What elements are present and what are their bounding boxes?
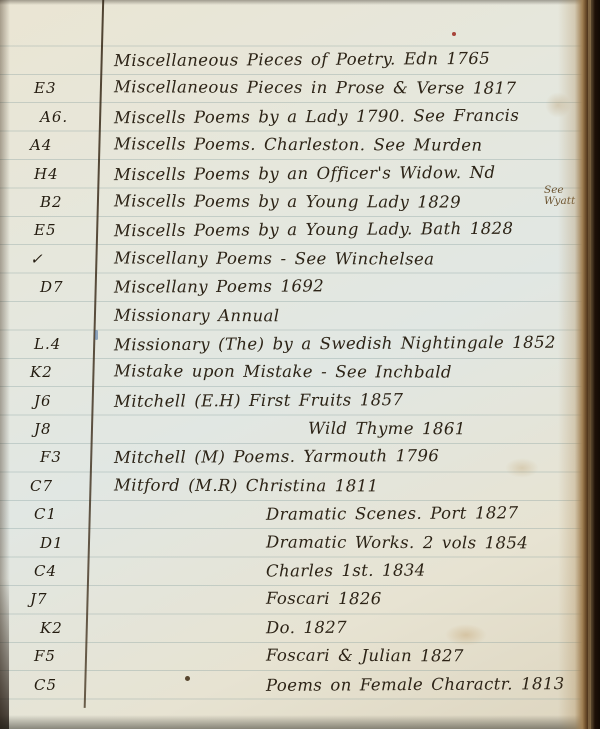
ledger-page: Miscellaneous Pieces of Poetry. Edn 1765… xyxy=(0,0,600,729)
catalog-entry-row: ✓ Miscellany Poems - See Winchelsea xyxy=(0,245,600,273)
marginal-note: See Wyatt xyxy=(544,185,588,207)
shelfmark: F5 xyxy=(34,642,94,670)
shelfmark: E3 xyxy=(34,74,94,102)
entry-text: Mitchell (E.H) First Fruits 1857 xyxy=(114,386,404,416)
shelfmark: ✓ xyxy=(30,245,90,273)
catalog-entry-row: E3 Miscellaneous Pieces in Prose & Verse… xyxy=(0,74,600,102)
shelfmark: C1 xyxy=(34,500,94,528)
shelfmark: K2 xyxy=(30,358,90,386)
entry-text: Missionary Annual xyxy=(114,301,280,330)
entry-text: Do. 1827 xyxy=(266,614,347,643)
shelfmark: C5 xyxy=(34,671,94,699)
catalog-entry-row: A6. Miscells Poems by a Lady 1790. See F… xyxy=(0,103,600,131)
catalog-entry-row: B2 Miscells Poems by a Young Lady 1829 S… xyxy=(0,188,600,216)
entry-text: Mitchell (M) Poems. Yarmouth 1796 xyxy=(114,442,439,472)
catalog-entry-row: C5 Poems on Female Charactr. 1813 xyxy=(0,671,600,699)
entry-text: Miscellaneous Pieces in Prose & Verse 18… xyxy=(114,74,516,104)
catalog-entry-row: D7 Miscellany Poems 1692 xyxy=(0,273,600,301)
entry-text: Foscari & Julian 1827 xyxy=(266,642,464,671)
catalog-entry-row: K2 Mistake upon Mistake - See Inchbald xyxy=(0,358,600,386)
entry-text: Charles 1st. 1834 xyxy=(266,557,426,586)
shelfmark: A6. xyxy=(40,103,100,131)
entry-text: Missionary (The) by a Swedish Nightingal… xyxy=(114,329,556,360)
shelfmark: D7 xyxy=(40,273,100,301)
entry-text: Poems on Female Charactr. 1813 xyxy=(266,670,565,700)
entry-text: Mistake upon Mistake - See Inchbald xyxy=(114,358,452,388)
catalog-entry-row: F3 Mitchell (M) Poems. Yarmouth 1796 xyxy=(0,443,600,471)
catalog-entry-row: J8 Wild Thyme 1861 xyxy=(0,415,600,443)
entry-text: Dramatic Scenes. Port 1827 xyxy=(266,499,519,529)
shelfmark: L.4 xyxy=(34,330,94,358)
entry-text: Wild Thyme 1861 xyxy=(308,415,466,444)
entry-text: Mitford (M.R) Christina 1811 xyxy=(114,471,379,500)
catalog-entry-row: C7 Mitford (M.R) Christina 1811 xyxy=(0,472,600,500)
entry-text: Miscellany Poems - See Winchelsea xyxy=(114,244,434,274)
entry-text: Miscells Poems. Charleston. See Murden xyxy=(114,131,483,161)
shelfmark: D1 xyxy=(40,529,100,557)
catalog-entry-row: H4 Miscells Poems by an Officer's Widow.… xyxy=(0,160,600,188)
entry-text: Miscells Poems by a Lady 1790. See Franc… xyxy=(114,102,519,133)
entry-text: Dramatic Works. 2 vols 1854 xyxy=(266,528,528,557)
catalog-entry-row: C1 Dramatic Scenes. Port 1827 xyxy=(0,500,600,528)
red-speck xyxy=(452,32,456,36)
shelfmark: J8 xyxy=(34,415,94,443)
catalog-entry-row: E5 Miscells Poems by a Young Lady. Bath … xyxy=(0,216,600,244)
shelfmark: E5 xyxy=(34,216,94,244)
catalog-entry-row: J6 Mitchell (E.H) First Fruits 1857 xyxy=(0,387,600,415)
catalog-entry-row: C4 Charles 1st. 1834 xyxy=(0,557,600,585)
shelfmark: J6 xyxy=(34,387,94,415)
shelfmark: H4 xyxy=(34,160,94,188)
catalog-entry-row: K2 Do. 1827 xyxy=(0,614,600,642)
shelfmark: F3 xyxy=(40,443,100,471)
page-top-shadow xyxy=(0,0,600,5)
catalog-entry-row: D1 Dramatic Works. 2 vols 1854 xyxy=(0,529,600,557)
shelfmark: A4 xyxy=(30,131,90,159)
entry-text: Miscells Poems by a Young Lady 1829 xyxy=(114,187,461,217)
entry-text: Miscells Poems by an Officer's Widow. Nd xyxy=(114,158,496,189)
catalog-entries: Miscellaneous Pieces of Poetry. Edn 1765… xyxy=(0,46,600,699)
page-bottom-shadow xyxy=(0,715,600,729)
entry-text: Foscari 1826 xyxy=(266,585,382,614)
shelfmark: J7 xyxy=(30,585,90,613)
shelfmark: B2 xyxy=(40,188,100,216)
catalog-entry-row: Miscellaneous Pieces of Poetry. Edn 1765 xyxy=(0,46,600,74)
entry-text: Miscellany Poems 1692 xyxy=(114,272,324,302)
catalog-entry-row: Missionary Annual xyxy=(0,302,600,330)
entry-text: Miscells Poems by a Young Lady. Bath 182… xyxy=(114,215,514,246)
shelfmark: C4 xyxy=(34,557,94,585)
catalog-entry-row: A4 Miscells Poems. Charleston. See Murde… xyxy=(0,131,600,159)
catalog-entry-row: F5 Foscari & Julian 1827 xyxy=(0,642,600,670)
catalog-entry-row: J7 Foscari 1826 xyxy=(0,585,600,613)
shelfmark: C7 xyxy=(30,472,90,500)
entry-text: Miscellaneous Pieces of Poetry. Edn 1765 xyxy=(114,45,490,76)
shelfmark: K2 xyxy=(40,614,100,642)
catalog-entry-row: L.4 Missionary (The) by a Swedish Nighti… xyxy=(0,330,600,358)
